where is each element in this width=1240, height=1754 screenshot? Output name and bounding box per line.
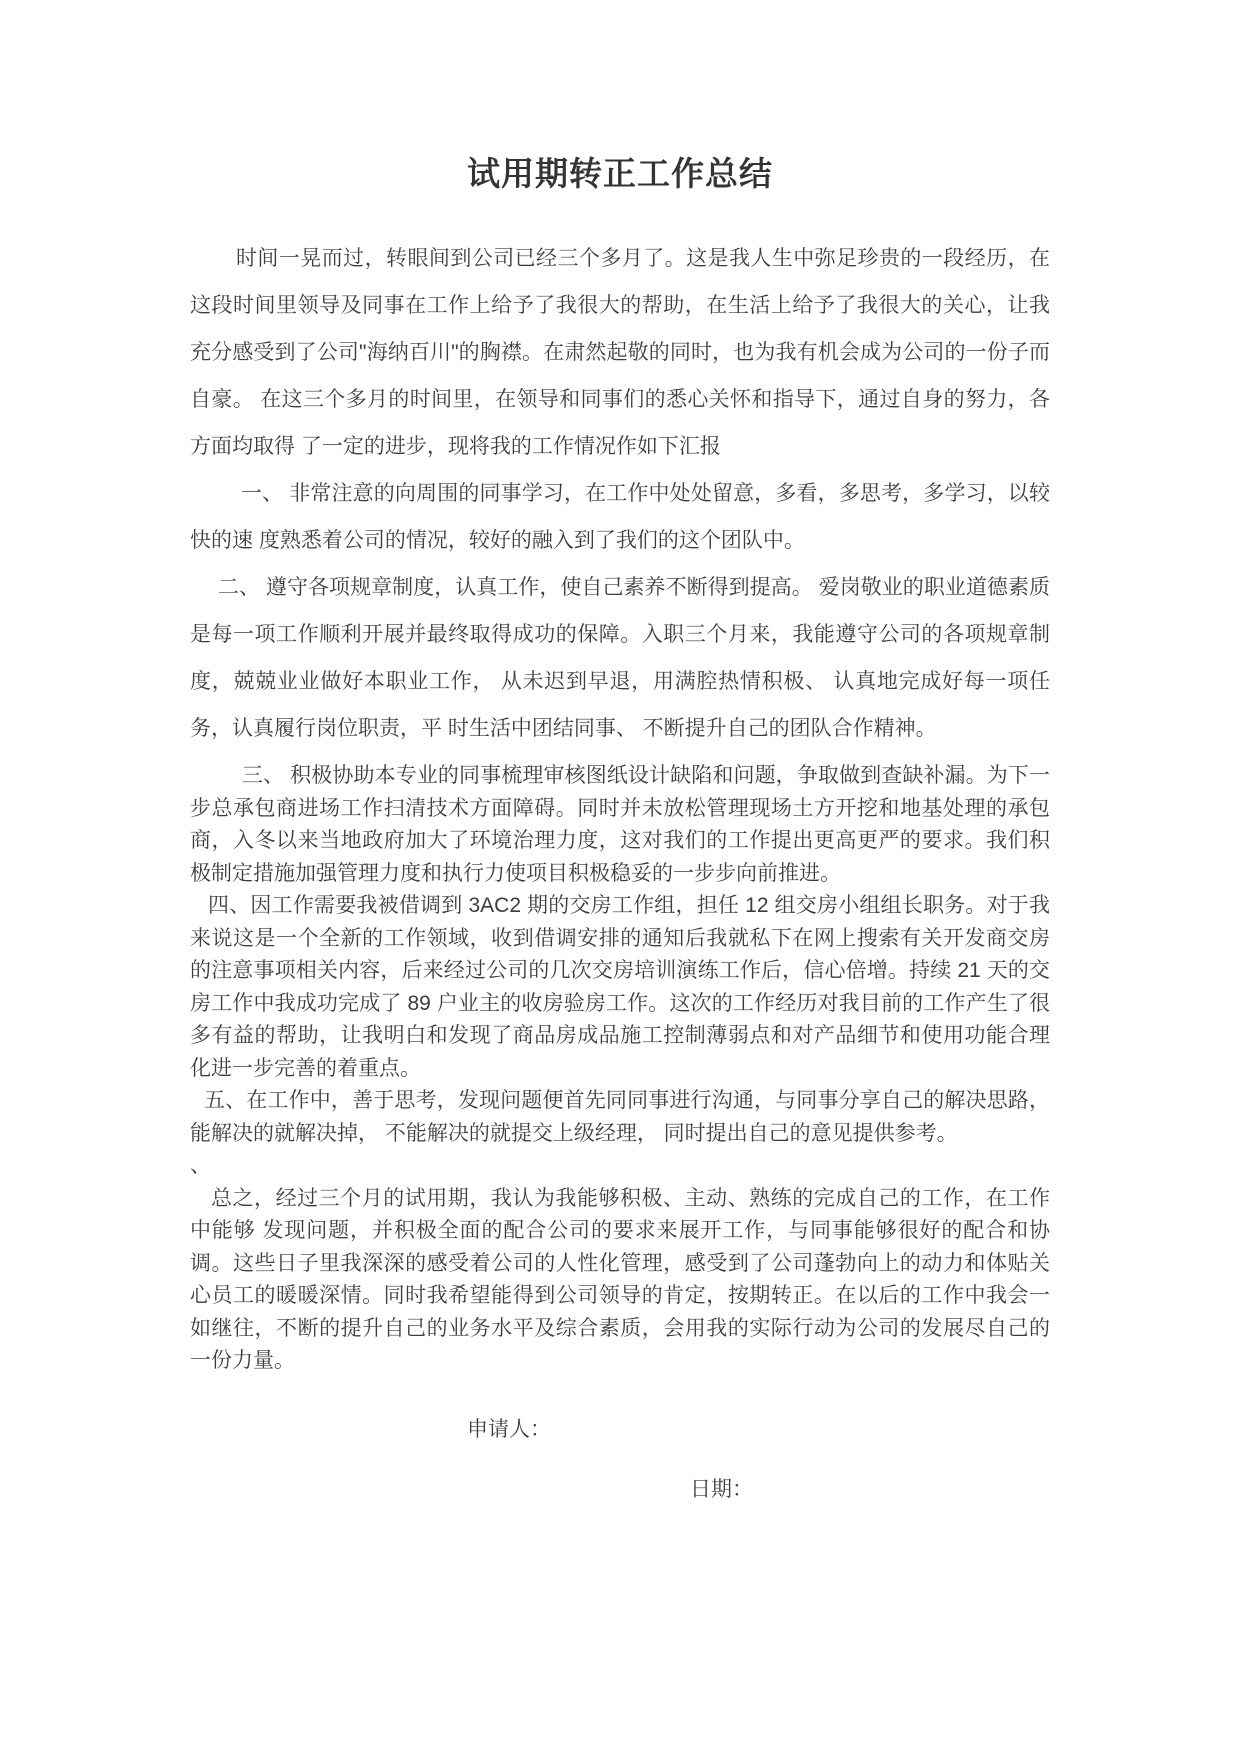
applicant-line: 申请人：: [190, 1414, 1050, 1446]
paragraph-point-3: 三、 积极协助本专业的同事梳理审核图纸设计缺陷和问题，争取做到查缺补漏。为下一步…: [190, 760, 1050, 890]
paragraph-point-1: 一、 非常注意的向周围的同事学习，在工作中处处留意，多看，多思考，多学习，以较快…: [190, 470, 1050, 564]
paragraph-intro: 时间一晃而过，转眼间到公司已经三个多月了。这是我人生中弥足珍贵的一段经历，在这段…: [190, 235, 1050, 470]
paragraph-point-5: 五、在工作中，善于思考，发现问题便首先同同事进行沟通，与同事分享自己的解决思路，…: [190, 1085, 1050, 1150]
date-line: 日期：: [190, 1474, 1050, 1506]
document-title: 试用期转正工作总结: [190, 148, 1050, 195]
paragraph-conclusion: 总之，经过三个月的试用期，我认为我能够积极、主动、熟练的完成自己的工作，在工作中…: [190, 1183, 1050, 1378]
paragraph-point-2: 二、 遵守各项规章制度，认真工作，使自己素养不断得到提高。 爱岗敬业的职业道德素…: [190, 564, 1050, 752]
paragraph-point-4: 四、因工作需要我被借调到 3AC2 期的交房工作组，担任 12 组交房小组组长职…: [190, 890, 1050, 1085]
document-page: 试用期转正工作总结 时间一晃而过，转眼间到公司已经三个多月了。这是我人生中弥足珍…: [0, 0, 1240, 1754]
paragraph-stray-mark: 、: [190, 1150, 1050, 1183]
